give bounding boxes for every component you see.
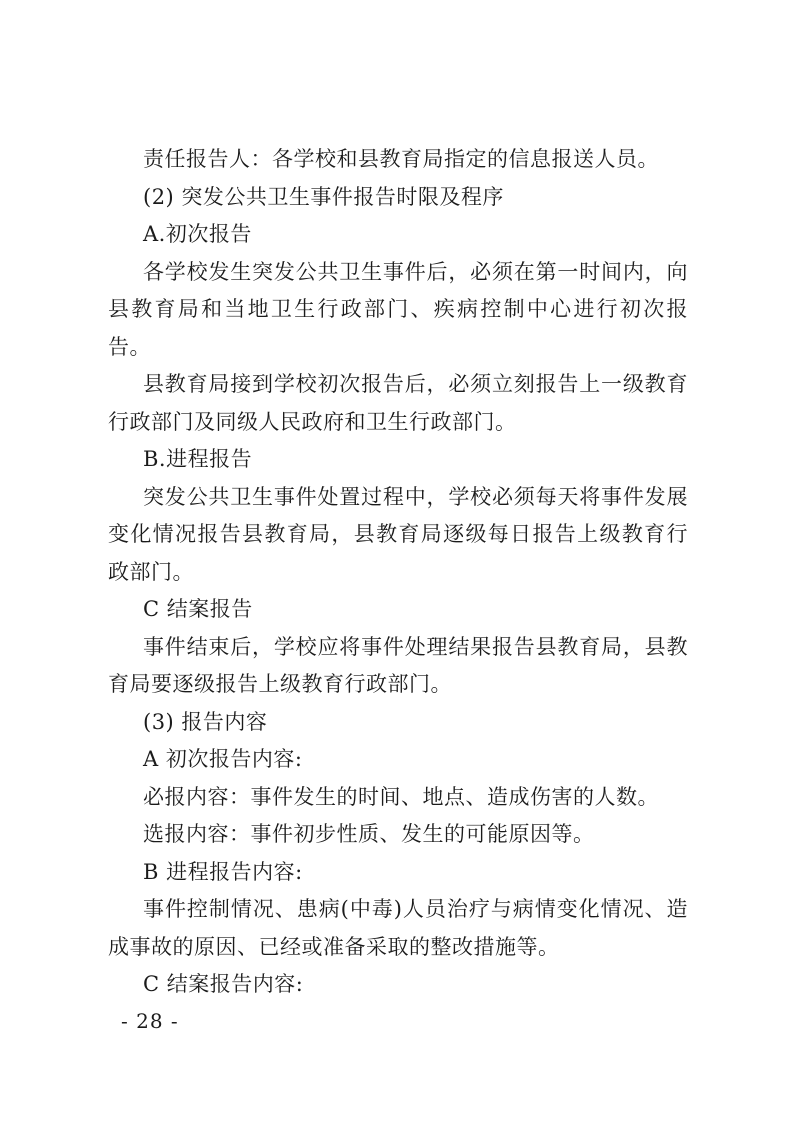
subheading-initial-report: A.初次报告	[108, 216, 688, 254]
subheading-closing-report: C 结案报告	[108, 591, 688, 629]
document-paragraph: 事件结束后，学校应将事件处理结果报告县教育局，县教育局要逐级报告上级教育行政部门…	[108, 629, 688, 704]
document-paragraph: 突发公共卫生事件处置过程中，学校必须每天将事件发展变化情况报告县教育局，县教育局…	[108, 479, 688, 592]
document-body: 责任报告人：各学校和县教育局指定的信息报送人员。 (2) 突发公共卫生事件报告时…	[108, 141, 688, 1004]
subheading-progress-report: B.进程报告	[108, 441, 688, 479]
subheading-closing-report-content: C 结案报告内容:	[108, 966, 688, 1004]
section-heading-report-content: (3) 报告内容	[108, 704, 688, 742]
subheading-progress-report-content: B 进程报告内容:	[108, 854, 688, 892]
section-heading-report-time-limit: (2) 突发公共卫生事件报告时限及程序	[108, 179, 688, 217]
document-paragraph: 各学校发生突发公共卫生事件后，必须在第一时间内，向县教育局和当地卫生行政部门、疾…	[108, 254, 688, 367]
subheading-initial-report-content: A 初次报告内容:	[108, 741, 688, 779]
document-paragraph: 必报内容：事件发生的时间、地点、造成伤害的人数。	[108, 779, 688, 817]
document-paragraph: 责任报告人：各学校和县教育局指定的信息报送人员。	[108, 141, 688, 179]
document-paragraph: 县教育局接到学校初次报告后，必须立刻报告上一级教育行政部门及同级人民政府和卫生行…	[108, 366, 688, 441]
document-paragraph: 选报内容：事件初步性质、发生的可能原因等。	[108, 816, 688, 854]
document-paragraph: 事件控制情况、患病(中毒)人员治疗与病情变化情况、造成事故的原因、已经或准备采取…	[108, 891, 688, 966]
page-number: - 28 -	[121, 1008, 179, 1034]
document-page: 责任报告人：各学校和县教育局指定的信息报送人员。 (2) 突发公共卫生事件报告时…	[0, 0, 793, 1122]
